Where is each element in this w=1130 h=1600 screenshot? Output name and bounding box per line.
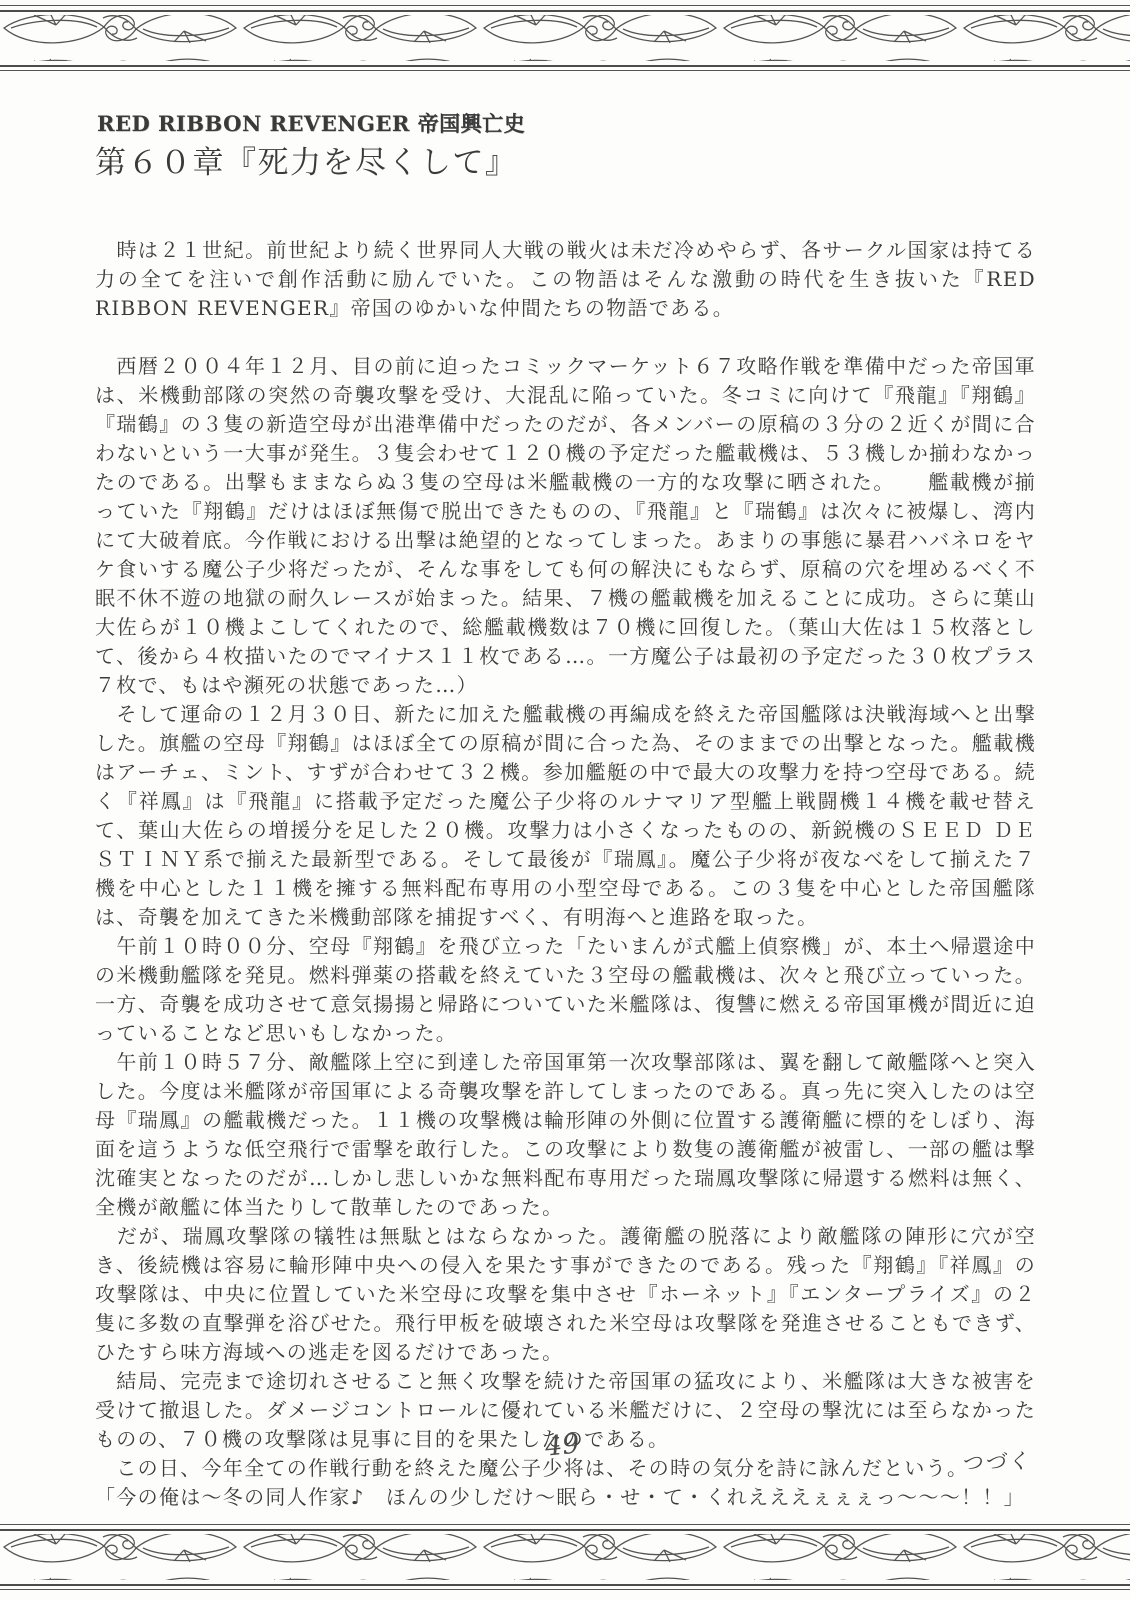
story-text: 時は２１世紀。前世紀より続く世界同人大戦の戦火は未だ冷めやらず、各サークル国家は… [95,236,1036,1512]
document-page: RED RIBBON REVENGER 帝国興亡史 第６０章『死力を尽くして』 … [0,0,1130,1600]
paragraph-5: 午前１０時５７分、敵艦隊上空に到達した帝国軍第一次攻撃部隊は、翼を翻して敵艦隊へ… [95,1048,1036,1222]
paragraph-3: そして運命の１２月３０日、新たに加えた艦載機の再編成を終えた帝国艦隊は決戦海域へ… [95,700,1036,932]
ornamental-border-bottom-icon [0,1524,1130,1594]
paragraph-2: 西暦２００４年１２月、目の前に迫ったコミックマーケット６７攻略作戦を準備中だった… [95,352,1036,700]
continued-label: つづく [961,1445,1035,1477]
paragraph-6: だが、瑞鳳攻撃隊の犠牲は無駄とはならなかった。護衛艦の脱落により敵艦隊の陣形に穴… [95,1222,1036,1367]
series-title: RED RIBBON REVENGER 帝国興亡史 [97,108,525,138]
paragraph-intro: 時は２１世紀。前世紀より続く世界同人大戦の戦火は未だ冷めやらず、各サークル国家は… [95,236,1036,323]
chapter-title: 第６０章『死力を尽くして』 [95,137,518,182]
paragraph-4: 午前１０時００分、空母『翔鶴』を飛び立った「たいまんが式艦上偵察機」が、本土へ帰… [95,932,1036,1048]
page-number: 49 [543,1428,580,1462]
ornamental-border-top-icon [0,5,1130,75]
paragraph-quote: 「今の俺は～冬の同人作家♪ ほんの少しだけ～眠ら・せ・て・くれえええぇぇぇっ～～… [95,1483,1036,1512]
